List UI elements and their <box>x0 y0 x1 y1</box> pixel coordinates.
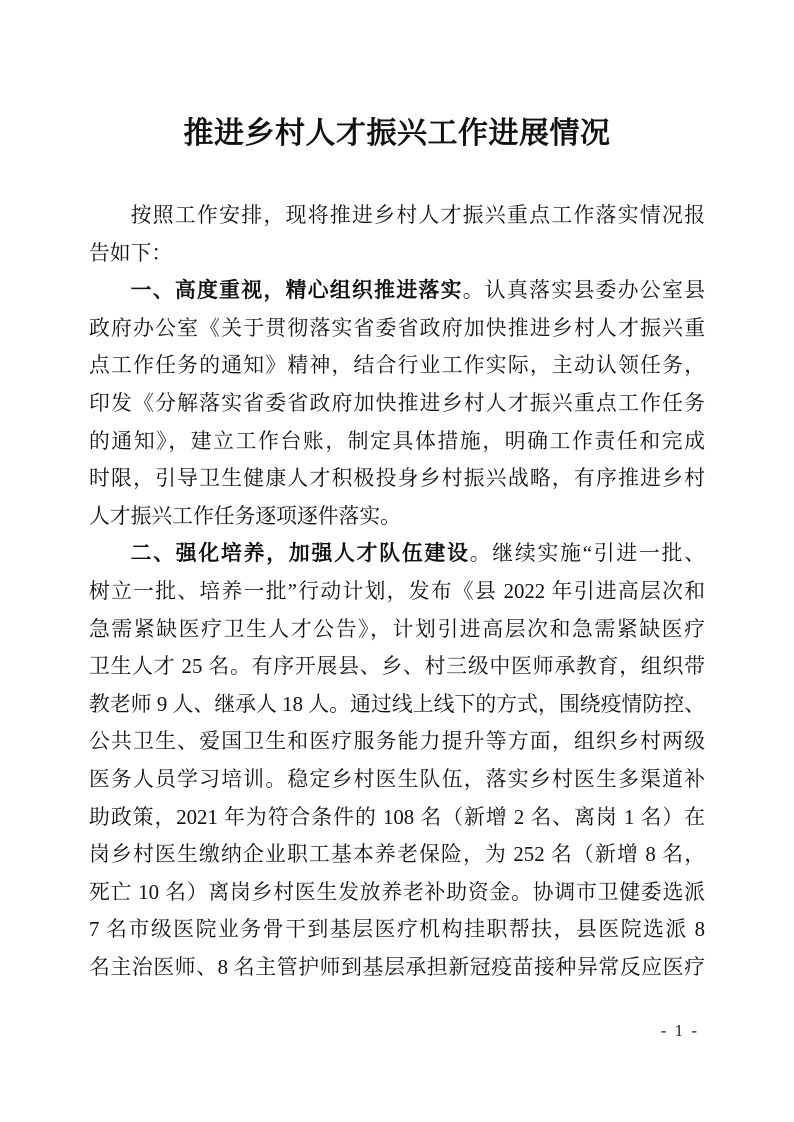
page-number: - 1 - <box>661 1021 699 1040</box>
text-line: 政府办公室《关于贯彻落实省委省政府加快推进乡村人才振兴重 <box>89 310 705 348</box>
text-line: 树立一批、培养一批”行动计划，发布《县 2022 年引进高层次和 <box>89 573 705 611</box>
text-line: 公共卫生、爱国卫生和医疗服务能力提升等方面，组织乡村两级 <box>89 723 705 761</box>
text-line: 按照工作安排，现将推进乡村人才振兴重点工作落实情况报 <box>89 197 705 235</box>
text-line: 人才振兴工作任务逐项逐件落实。 <box>89 498 705 536</box>
text-line: 岗乡村医生缴纳企业职工基本养老保险，为 252 名（新增 8 名， <box>89 836 705 874</box>
text-run: 。继续实施“引进一批、 <box>470 542 705 565</box>
document-content: 推进乡村人才振兴工作进展情况 按照工作安排，现将推进乡村人才振兴重点工作落实情况… <box>89 111 705 986</box>
text-line: 7 名市级医院业务骨干到基层医疗机构挂职帮扶，县医院选派 8 <box>89 911 705 949</box>
text-line: 时限，引导卫生健康人才积极投身乡村振兴战略，有序推进乡村 <box>89 460 705 498</box>
page-footer: - 1 - <box>661 1021 699 1041</box>
text-line: 教老师 9 人、继承人 18 人。通过线上线下的方式，围绕疫情防控、 <box>89 686 705 724</box>
section-1-heading: 一、高度重视，精心组织推进落实 <box>131 279 463 302</box>
text-line: 医务人员学习培训。稳定乡村医生队伍，落实乡村医生多渠道补 <box>89 761 705 799</box>
text-line: 点工作任务的通知》精神，结合行业工作实际，主动认领任务， <box>89 347 705 385</box>
text-line: 助政策，2021 年为符合条件的 108 名（新增 2 名、离岗 1 名）在 <box>89 799 705 837</box>
document-title: 推进乡村人才振兴工作进展情况 <box>89 111 705 157</box>
text-line: 的通知》，建立工作台账，制定具体措施，明确工作责任和完成 <box>89 423 705 461</box>
document-page: 推进乡村人才振兴工作进展情况 按照工作安排，现将推进乡村人才振兴重点工作落实情况… <box>0 0 794 1122</box>
text-line: 一、高度重视，精心组织推进落实。认真落实县委办公室县 <box>89 272 705 310</box>
section-1-paragraph: 一、高度重视，精心组织推进落实。认真落实县委办公室县 政府办公室《关于贯彻落实省… <box>89 272 705 535</box>
text-line: 印发《分解落实省委省政府加快推进乡村人才振兴重点工作任务 <box>89 385 705 423</box>
text-run: 。认真落实县委办公室县 <box>463 279 705 302</box>
intro-paragraph: 按照工作安排，现将推进乡村人才振兴重点工作落实情况报 告如下： <box>89 197 705 272</box>
text-line: 名主治医师、8 名主管护师到基层承担新冠疫苗接种异常反应医疗 <box>89 949 705 987</box>
section-2-paragraph: 二、强化培养，加强人才队伍建设。继续实施“引进一批、 树立一批、培养一批”行动计… <box>89 535 705 986</box>
text-line: 告如下： <box>89 235 705 273</box>
text-line: 急需紧缺医疗卫生人才公告》，计划引进高层次和急需紧缺医疗 <box>89 611 705 649</box>
text-line: 二、强化培养，加强人才队伍建设。继续实施“引进一批、 <box>89 535 705 573</box>
text-line: 卫生人才 25 名。有序开展县、乡、村三级中医师承教育，组织带 <box>89 648 705 686</box>
text-line: 死亡 10 名）离岗乡村医生发放养老补助资金。协调市卫健委选派 <box>89 874 705 912</box>
section-2-heading: 二、强化培养，加强人才队伍建设 <box>131 542 470 565</box>
